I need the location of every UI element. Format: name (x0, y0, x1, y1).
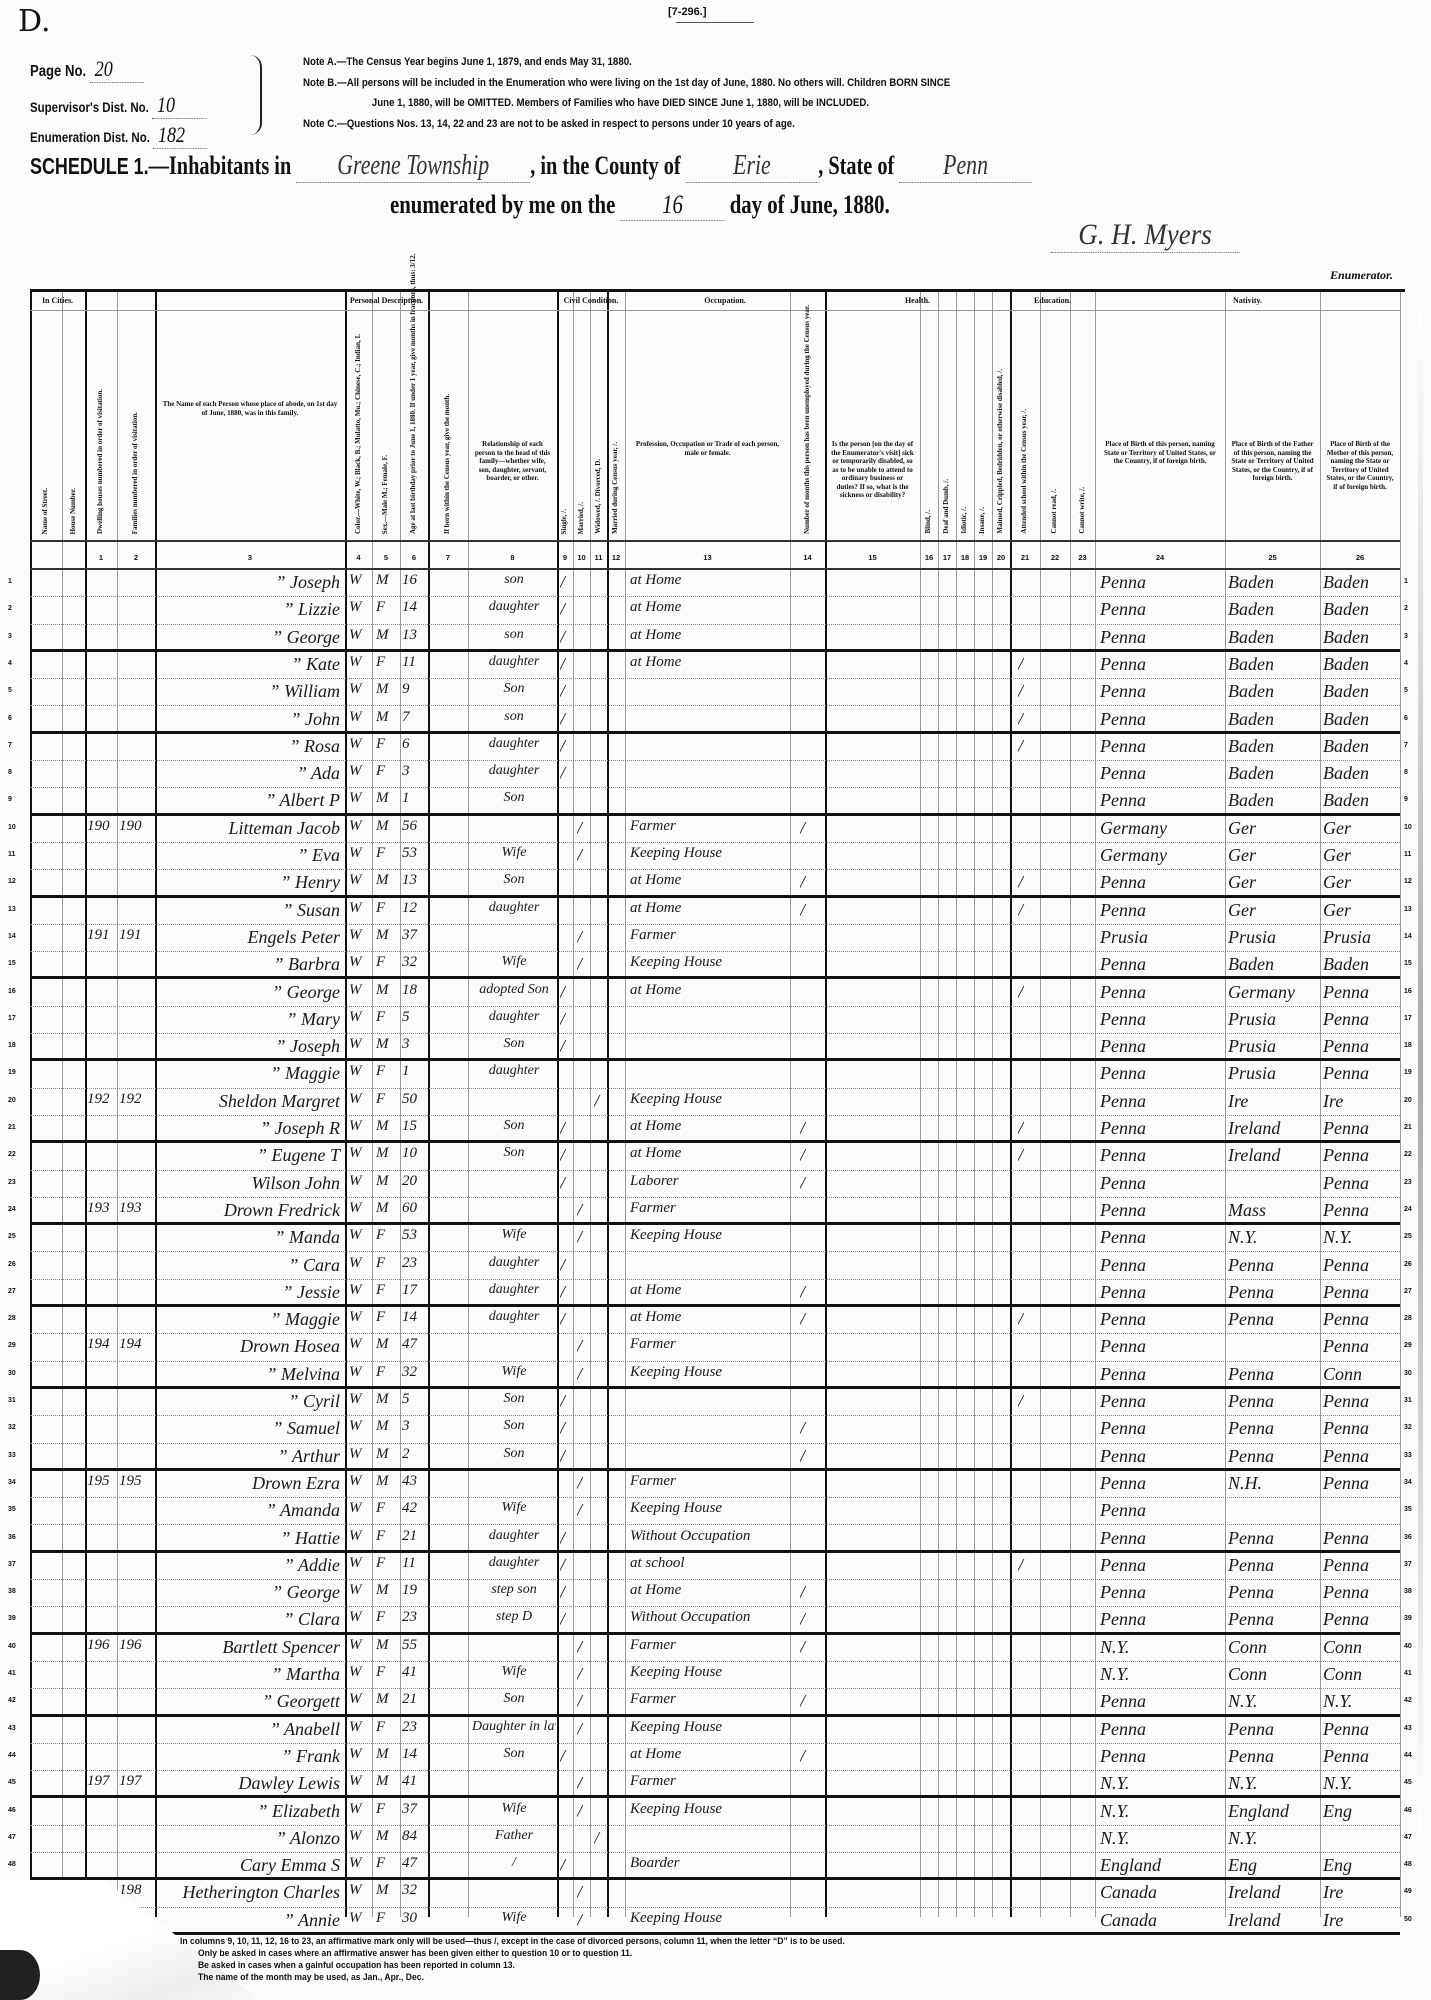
birthplace: Penna (1100, 1282, 1224, 1303)
sex: F (376, 1255, 398, 1272)
school-mark: / (1018, 900, 1038, 921)
age: 7 (402, 709, 428, 726)
occupation: at Home (630, 1145, 790, 1162)
mother-birthplace: Ger (1323, 818, 1401, 839)
row-number: 10 (8, 824, 26, 831)
row-number-right: 50 (1404, 1916, 1424, 1923)
age: 32 (402, 1364, 428, 1381)
birthplace: Penna (1100, 1500, 1224, 1521)
table-row: 4444” FrankWM14Son/at Home/PennaPennaPen… (0, 1744, 1431, 1771)
table-row: 4141” MarthaWF41Wife/Keeping HouseN.Y.Co… (0, 1662, 1431, 1689)
row-number: 37 (8, 1561, 26, 1568)
sex: F (376, 1801, 398, 1818)
birthplace: Canada (1100, 1882, 1224, 1903)
father-birthplace: N.Y. (1228, 1773, 1320, 1794)
single-mark: / (560, 1609, 572, 1630)
single-mark: / (560, 599, 572, 620)
mother-birthplace: Penna (1323, 1282, 1401, 1303)
check-mark: / (800, 1691, 820, 1712)
table-row: 1717” MaryWF5daughter/PennaPrusiaPenna (0, 1007, 1431, 1034)
row-number: 1 (8, 578, 26, 585)
family-number: 196 (119, 1637, 153, 1654)
age: 3 (402, 1418, 428, 1435)
sex: M (376, 1036, 398, 1053)
mother-birthplace: Ger (1323, 845, 1401, 866)
sex: F (376, 1609, 398, 1626)
single-mark: / (560, 572, 572, 593)
table-row: 1515” BarbraWF32Wife/Keeping HousePennaB… (0, 952, 1431, 979)
birthplace: Penna (1100, 572, 1224, 593)
footer-notes: In columns 9, 10, 11, 12, 16 to 23, an a… (180, 1936, 845, 1984)
person-name: ” Hattie (160, 1528, 344, 1549)
person-name: Litteman Jacob (160, 818, 344, 839)
row-number: 39 (8, 1615, 26, 1622)
row-number: 19 (8, 1069, 26, 1076)
color: W (349, 845, 371, 862)
person-name: ” Addie (160, 1555, 344, 1576)
occupation: Keeping House (630, 1664, 790, 1681)
check-mark: / (800, 1282, 820, 1303)
form-letter: D. (18, 4, 51, 39)
sex: F (376, 954, 398, 971)
occupation: Without Occupation (630, 1609, 790, 1626)
age: 5 (402, 1391, 428, 1408)
color: W (349, 1200, 371, 1217)
father-birthplace: Baden (1228, 736, 1320, 757)
birthplace: Germany (1100, 818, 1224, 839)
mother-birthplace: Penna (1323, 1582, 1401, 1603)
table-row: 88” AdaWF3daughter/PennaBadenBaden (0, 761, 1431, 788)
column-number: 17 (938, 553, 956, 562)
color: W (349, 1719, 371, 1736)
row-number: 32 (8, 1424, 26, 1431)
school-mark: / (1018, 736, 1038, 757)
mother-birthplace: Penna (1323, 1173, 1401, 1194)
footer-note: In columns 9, 10, 11, 12, 16 to 23, an a… (180, 1936, 845, 1948)
occupation: Farmer (630, 1200, 790, 1217)
table-row: 1919” MaggieWF1daughterPennaPrusiaPenna (0, 1061, 1431, 1088)
sex: M (376, 1118, 398, 1135)
person-name: ” George (160, 1582, 344, 1603)
column-header-c3: The Name of each Person whose place of a… (161, 400, 339, 417)
person-name: ” Georgett (160, 1691, 344, 1712)
row-number: 26 (8, 1261, 26, 1268)
single-mark: / (560, 1582, 572, 1603)
person-name: ” Ada (160, 763, 344, 784)
table-row: 33” GeorgeWM13son/at HomePennaBadenBaden (0, 625, 1431, 652)
row-number: 31 (8, 1397, 26, 1404)
row-number: 48 (8, 1861, 26, 1868)
birthplace: Penna (1100, 790, 1224, 811)
relationship: daughter (472, 1009, 556, 1025)
father-birthplace: Ger (1228, 818, 1320, 839)
birthplace: Penna (1100, 1555, 1224, 1576)
age: 30 (402, 1910, 428, 1927)
married-mark: / (577, 1364, 589, 1385)
relationship: son (472, 627, 556, 643)
person-name: ” Melvina (160, 1364, 344, 1385)
married-mark: / (577, 1664, 589, 1685)
row-number: 14 (8, 933, 26, 940)
schedule-line: SCHEDULE 1.—Inhabitants in Greene Townsh… (30, 150, 1032, 183)
mother-birthplace: Penna (1323, 1200, 1401, 1221)
relationship: daughter (472, 1528, 556, 1544)
color: W (349, 1473, 371, 1490)
sex: F (376, 1855, 398, 1872)
married-mark: / (577, 818, 589, 839)
column-header-c15: Is the person [on the day of the Enumera… (831, 440, 914, 500)
relationship: Son (472, 872, 556, 888)
color: W (349, 954, 371, 971)
color: W (349, 1309, 371, 1326)
enumeration-district-field: Enumeration Dist. No. 182 (30, 122, 207, 149)
person-name: ” John (160, 709, 344, 730)
row-number: 7 (8, 742, 26, 749)
column-number: 14 (790, 553, 825, 562)
column-header-c8: Relationship of each person to the head … (474, 440, 551, 483)
single-mark: / (560, 1173, 572, 1194)
table-row: 55” WilliamWM9Son//PennaBadenBaden (0, 679, 1431, 706)
age: 10 (402, 1145, 428, 1162)
column-number: 22 (1040, 553, 1070, 562)
table-row: 4949198198Hetherington CharlesWM32/Canad… (0, 1880, 1431, 1907)
note-c: Note C.—Questions Nos. 13, 14, 22 and 23… (303, 114, 950, 135)
place-value: Greene Township (296, 150, 530, 183)
person-name: ” Arthur (160, 1446, 344, 1467)
row-number: 43 (8, 1725, 26, 1732)
row-number: 23 (8, 1179, 26, 1186)
occupation: Farmer (630, 1637, 790, 1654)
sex: M (376, 1391, 398, 1408)
single-mark: / (560, 1118, 572, 1139)
color: W (349, 1609, 371, 1626)
single-mark: / (560, 1746, 572, 1767)
occupation: Farmer (630, 1336, 790, 1353)
single-mark: / (560, 763, 572, 784)
column-header-street: Name of Street. (41, 488, 49, 534)
group-header-civil: Civil Condition. (557, 296, 625, 305)
mother-birthplace: Penna (1323, 1255, 1401, 1276)
occupation: at Home (630, 1309, 790, 1326)
sex: M (376, 681, 398, 698)
person-name: ” Henry (160, 872, 344, 893)
table-row: 3838” GeorgeWM19step son/at Home/PennaPe… (0, 1580, 1431, 1607)
brace (250, 55, 262, 135)
person-name: ” Cyril (160, 1391, 344, 1412)
row-number: 2 (8, 605, 26, 612)
relationship: Wife (472, 954, 556, 970)
birthplace: N.Y. (1100, 1773, 1224, 1794)
person-name: Bartlett Spencer (160, 1637, 344, 1658)
person-name: ” Joseph R (160, 1118, 344, 1139)
age: 23 (402, 1255, 428, 1272)
mother-birthplace: Eng (1323, 1855, 1401, 1876)
birthplace: N.Y. (1100, 1828, 1224, 1849)
single-mark: / (560, 1145, 572, 1166)
married-mark: / (577, 1719, 589, 1740)
person-name: ” Maggie (160, 1309, 344, 1330)
single-mark: / (560, 1446, 572, 1467)
column-header-c22: Cannot read, /. (1050, 489, 1058, 534)
table-row: 2727” JessieWF17daughter/at Home/PennaPe… (0, 1280, 1431, 1307)
table-row: 4848Cary Emma SWF47//BoarderEnglandEngEn… (0, 1853, 1431, 1880)
mother-birthplace: Baden (1323, 599, 1401, 620)
color: W (349, 1664, 371, 1681)
enumerator-signature: G. H. Myers (1051, 218, 1240, 253)
column-header-c7: If born within the Census year, give the… (443, 394, 451, 534)
mother-birthplace: Conn (1323, 1664, 1401, 1685)
color: W (349, 1091, 371, 1108)
color: W (349, 763, 371, 780)
table-row: 22” LizzieWF14daughter/at HomePennaBaden… (0, 597, 1431, 624)
relationship: Son (472, 1118, 556, 1134)
school-mark: / (1018, 1391, 1038, 1412)
married-mark: / (577, 1500, 589, 1521)
birthplace: Penna (1100, 1364, 1224, 1385)
table-row: 2626” CaraWF23daughter/PennaPennaPenna (0, 1253, 1431, 1280)
person-name: Drown Ezra (160, 1473, 344, 1494)
color: W (349, 681, 371, 698)
county-label: , in the County of (530, 151, 680, 180)
person-name: ” Joseph (160, 572, 344, 593)
single-mark: / (560, 1036, 572, 1057)
sex: F (376, 1309, 398, 1326)
relationship: Wife (472, 1364, 556, 1380)
relationship: Son (472, 1446, 556, 1462)
color: W (349, 1828, 371, 1845)
row-number: 35 (8, 1506, 26, 1513)
father-birthplace: Ger (1228, 872, 1320, 893)
relationship: daughter (472, 736, 556, 752)
widowed-mark: / (594, 1828, 606, 1849)
sex: F (376, 1063, 398, 1080)
occupation: Farmer (630, 818, 790, 835)
table-row: 3636” HattieWF21daughter/Without Occupat… (0, 1526, 1431, 1553)
color: W (349, 927, 371, 944)
married-mark: / (577, 1691, 589, 1712)
age: 47 (402, 1855, 428, 1872)
father-birthplace: Penna (1228, 1364, 1320, 1385)
note-b: Note B.—All persons will be included in … (303, 73, 950, 94)
person-name: ” Kate (160, 654, 344, 675)
page-number-value: 20 (90, 56, 144, 83)
group-header-occupation: Occupation. (625, 296, 825, 305)
widowed-mark: / (594, 1091, 606, 1112)
father-birthplace: Penna (1228, 1528, 1320, 1549)
age: 21 (402, 1691, 428, 1708)
supervisor-district-label: Supervisor's Dist. No. (30, 99, 149, 115)
relationship: Son (472, 1691, 556, 1707)
father-birthplace: Baden (1228, 599, 1320, 620)
color: W (349, 1855, 371, 1872)
sex: F (376, 1910, 398, 1927)
row-number: 46 (8, 1807, 26, 1814)
single-mark: / (560, 1391, 572, 1412)
table-row: 2020192192Sheldon MargretWF50/Keeping Ho… (0, 1089, 1431, 1116)
father-birthplace: Penna (1228, 1391, 1320, 1412)
enumeration-date-line: enumerated by me on the 16 day of June, … (390, 190, 890, 221)
mother-birthplace: Conn (1323, 1364, 1401, 1385)
relationship: Son (472, 681, 556, 697)
single-mark: / (560, 1255, 572, 1276)
mother-birthplace: Ire (1323, 1910, 1401, 1931)
occupation: at Home (630, 1282, 790, 1299)
family-number: 195 (119, 1473, 153, 1490)
check-mark: / (800, 818, 820, 839)
occupation: Laborer (630, 1173, 790, 1190)
birthplace: N.Y. (1100, 1664, 1224, 1685)
father-birthplace: Baden (1228, 681, 1320, 702)
column-number: 13 (625, 553, 790, 562)
sex: M (376, 927, 398, 944)
single-mark: / (560, 627, 572, 648)
occupation: at Home (630, 1582, 790, 1599)
dwelling-number: 192 (87, 1091, 117, 1108)
row-rule (30, 1932, 1400, 1935)
family-number: 191 (119, 927, 153, 944)
relationship: son (472, 572, 556, 588)
column-number: 16 (920, 553, 938, 562)
relationship: Daughter in law (472, 1719, 556, 1735)
sex: M (376, 1582, 398, 1599)
group-header-health: Health. (825, 296, 1010, 305)
column-header-c18: Idiotic, /. (960, 507, 968, 534)
birthplace: Penna (1100, 654, 1224, 675)
school-mark: / (1018, 709, 1038, 730)
table-row: 1111” EvaWF53Wife/Keeping HouseGermanyGe… (0, 843, 1431, 870)
column-header-c4: Color.—White, W.; Black, B.; Mulatto, Mu… (354, 334, 362, 534)
schedule-title: SCHEDULE 1. (30, 153, 149, 179)
color: W (349, 1418, 371, 1435)
relationship: daughter (472, 900, 556, 916)
mother-birthplace: Penna (1323, 1063, 1401, 1084)
age: 20 (402, 1173, 428, 1190)
table-row: 1414191191Engels PeterWM37/FarmerPrusiaP… (0, 925, 1431, 952)
column-header-c17: Deaf and Dumb, /. (942, 479, 950, 534)
person-name: ” Lizzie (160, 599, 344, 620)
mother-birthplace: Penna (1323, 982, 1401, 1003)
table-row: 1818” JosephWM3Son/PennaPrusiaPenna (0, 1034, 1431, 1061)
birthplace: Penna (1100, 1173, 1224, 1194)
age: 41 (402, 1664, 428, 1681)
mother-birthplace: Eng (1323, 1801, 1401, 1822)
mother-birthplace: Penna (1323, 1609, 1401, 1630)
column-number: 24 (1095, 553, 1225, 562)
birthplace: Penna (1100, 736, 1224, 757)
age: 13 (402, 627, 428, 644)
sex: F (376, 900, 398, 917)
color: W (349, 1801, 371, 1818)
birthplace: Penna (1100, 763, 1224, 784)
mother-birthplace: N.Y. (1323, 1691, 1401, 1712)
row-number: 47 (8, 1834, 26, 1841)
age: 23 (402, 1609, 428, 1626)
sex: F (376, 845, 398, 862)
age: 41 (402, 1773, 428, 1790)
table-top-border (30, 289, 1405, 292)
column-header-c26: Place of Birth of the Mother of this per… (1326, 440, 1394, 491)
mother-birthplace: Baden (1323, 627, 1401, 648)
age: 84 (402, 1828, 428, 1845)
birthplace: Penna (1100, 709, 1224, 730)
father-birthplace: Penna (1228, 1555, 1320, 1576)
person-name: ” Eva (160, 845, 344, 866)
mother-birthplace: Penna (1323, 1309, 1401, 1330)
sex: F (376, 1227, 398, 1244)
color: W (349, 1145, 371, 1162)
note-b-cont: June 1, 1880, will be OMITTED. Members o… (303, 93, 950, 114)
person-name: ” Rosa (160, 736, 344, 757)
row-number: 29 (8, 1342, 26, 1349)
color: W (349, 736, 371, 753)
father-birthplace: Prusia (1228, 1009, 1320, 1030)
table-row: 3030” MelvinaWF32Wife/Keeping HousePenna… (0, 1362, 1431, 1389)
column-number: 21 (1010, 553, 1040, 562)
age: 1 (402, 790, 428, 807)
dwelling-number: 191 (87, 927, 117, 944)
column-header-c14: Number of months this person has been un… (803, 314, 811, 534)
birthplace: Prusia (1100, 927, 1224, 948)
table-row: 4545197197Dawley LewisWM41/FarmerN.Y.N.Y… (0, 1771, 1431, 1798)
torn-corner-shadow (0, 1950, 40, 2000)
table-row: 1313” SusanWF12daughterat Home//PennaGer… (0, 898, 1431, 925)
school-mark: / (1018, 1145, 1038, 1166)
person-name: ” Alonzo (160, 1828, 344, 1849)
color: W (349, 1009, 371, 1026)
age: 55 (402, 1637, 428, 1654)
birthplace: Penna (1100, 1336, 1224, 1357)
sex: M (376, 709, 398, 726)
column-header-house: House Number. (69, 488, 77, 534)
row-number: 9 (8, 796, 26, 803)
row-number: 6 (8, 715, 26, 722)
person-name: Drown Fredrick (160, 1200, 344, 1221)
mother-birthplace: Penna (1323, 1145, 1401, 1166)
check-mark: / (800, 1582, 820, 1603)
color: W (349, 1282, 371, 1299)
age: 47 (402, 1336, 428, 1353)
mother-birthplace: Penna (1323, 1009, 1401, 1030)
age: 14 (402, 1746, 428, 1763)
footer-note: Only be asked in cases where an affirmat… (180, 1948, 845, 1960)
sex: F (376, 1364, 398, 1381)
relationship: step son (472, 1582, 556, 1598)
column-header-c13: Profession, Occupation or Trade of each … (631, 440, 784, 457)
age: 32 (402, 1882, 428, 1899)
row-number-right: 49 (1404, 1888, 1424, 1895)
birthplace: Penna (1100, 1418, 1224, 1439)
birthplace: Penna (1100, 1091, 1224, 1112)
table-row: 3232” SamuelWM3Son//PennaPennaPenna (0, 1416, 1431, 1443)
mother-birthplace: Penna (1323, 1418, 1401, 1439)
column-number: 15 (825, 553, 920, 562)
color: W (349, 709, 371, 726)
birthplace: N.Y. (1100, 1801, 1224, 1822)
row-number: 28 (8, 1315, 26, 1322)
column-number: 20 (992, 553, 1010, 562)
father-birthplace: Ger (1228, 900, 1320, 921)
table-row: 4646” ElizabethWF37Wife/Keeping HouseN.Y… (0, 1799, 1431, 1826)
dwelling-number: 196 (87, 1637, 117, 1654)
sex: M (376, 1691, 398, 1708)
check-mark: / (800, 900, 820, 921)
person-name: Drown Hosea (160, 1336, 344, 1357)
mother-birthplace: Penna (1323, 1118, 1401, 1139)
age: 53 (402, 1227, 428, 1244)
sex: M (376, 572, 398, 589)
married-mark: / (577, 1773, 589, 1794)
color: W (349, 900, 371, 917)
